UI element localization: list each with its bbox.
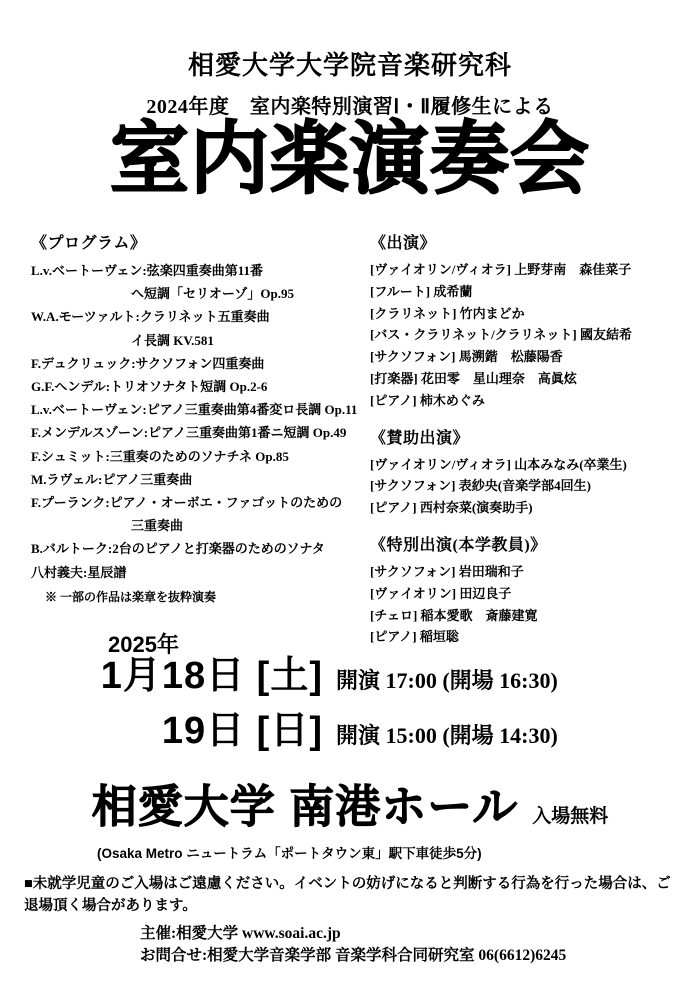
event-day-date: 19日 [日] (60, 710, 323, 754)
program-line-continuation: イ長調 KV.581 (31, 329, 369, 352)
cast-item: [クラリネット] 竹内まどか (370, 303, 696, 325)
support-cast-item: [ヴァイオリン/ヴィオラ] 山本みなみ(卒業生) (370, 454, 696, 476)
special-cast-item: [ヴァイオリン] 田辺良子 (370, 583, 696, 605)
program-item: G.F.ヘンデル:トリオソナタト短調 Op.2-6 (31, 375, 369, 398)
support-cast-list: [ヴァイオリン/ヴィオラ] 山本みなみ(卒業生) [サクソフォン] 表紗央(音楽… (370, 454, 696, 519)
program-line: L.v.ベートーヴェン:弦楽四重奏曲第11番 (31, 259, 369, 282)
program-item: B.バルトーク:2台のピアノと打楽器のためのソナタ (31, 537, 369, 560)
admission-free-label: 入場無料 (532, 806, 608, 827)
special-cast-item: [ピアノ] 稲垣聡 (370, 626, 696, 648)
program-line: F.メンデルスゾーン:ピアノ三重奏曲第1番ニ短調 Op.49 (31, 421, 369, 444)
program-line: G.F.ヘンデル:トリオソナタト短調 Op.2-6 (31, 375, 369, 398)
cast-item: [サクソフォン] 馬溯鍇 松藤陽香 (370, 346, 696, 368)
special-cast-item: [チェロ] 稲本愛歌 斎藤建寛 (370, 605, 696, 627)
event-day-row: 1月18日 [土] 開演 17:00 (開場 16:30) (60, 655, 558, 699)
cast-heading: 《出演》 (370, 231, 696, 257)
program-list: L.v.ベートーヴェン:弦楽四重奏曲第11番 へ短調「セリオーゾ」Op.95 W… (31, 259, 369, 584)
program-line: M.ラヴェル:ピアノ三重奏曲 (31, 468, 369, 491)
support-cast-heading: 《賛助出演》 (370, 426, 696, 452)
program-item: 八村義夫:星辰譜 (31, 561, 369, 584)
program-line: W.A.モーツァルト:クラリネット五重奏曲 (31, 305, 369, 328)
cast-item: [フルート] 成希蘭 (370, 281, 696, 303)
program-excerpt-note: ※ 一部の作品は楽章を抜粋演奏 (31, 587, 369, 607)
organizer-line: 主催:相愛大学 www.soai.ac.jp (140, 923, 566, 945)
concert-poster: 相愛大学大学院音楽研究科 2024年度 室内楽特別演習Ⅰ・Ⅱ履修生による 室内楽… (0, 0, 700, 990)
program-item: F.プーランク:ピアノ・オーボエ・ファゴットのための 三重奏曲 (31, 491, 369, 537)
cast-list: [ヴァイオリン/ヴィオラ] 上野芽南 森佳菜子 [フルート] 成希蘭 [クラリネ… (370, 259, 696, 412)
special-cast-list: [サクソフォン] 岩田瑞和子 [ヴァイオリン] 田辺良子 [チェロ] 稲本愛歌 … (370, 561, 696, 648)
event-subtitle: 2024年度 室内楽特別演習Ⅰ・Ⅱ履修生による (0, 90, 700, 119)
venue-row: 相愛大学 南港ホール入場無料 (0, 770, 700, 835)
program-item: F.メンデルスゾーン:ピアノ三重奏曲第1番ニ短調 Op.49 (31, 421, 369, 444)
cast-item: [ヴァイオリン/ヴィオラ] 上野芽南 森佳菜子 (370, 259, 696, 281)
organizer-contact-block: 主催:相愛大学 www.soai.ac.jp お問合せ:相愛大学音楽学部 音楽学… (140, 923, 566, 967)
event-title: 室内楽演奏会 (0, 120, 700, 203)
event-day-time: 開演 17:00 (開場 16:30) (336, 664, 558, 695)
program-line: L.v.ベートーヴェン:ピアノ三重奏曲第4番変ロ長調 Op.11 (31, 398, 369, 421)
caution-note: ■未就学児童のご入場はご遠慮ください。イベントの妨げになると判断する行為を行った… (24, 874, 680, 918)
cast-item: [ピアノ] 柿木めぐみ (370, 390, 696, 412)
cast-item: [バス・クラリネット/クラリネット] 國友結希 (370, 324, 696, 346)
program-line: F.デュクリュック:サクソフォン四重奏曲 (31, 352, 369, 375)
program-item: M.ラヴェル:ピアノ三重奏曲 (31, 468, 369, 491)
program-line: B.バルトーク:2台のピアノと打楽器のためのソナタ (31, 537, 369, 560)
program-line: 八村義夫:星辰譜 (31, 561, 369, 584)
event-day-time: 開演 15:00 (開場 14:30) (336, 719, 558, 750)
program-section: 《プログラム》 L.v.ベートーヴェン:弦楽四重奏曲第11番 へ短調「セリオーゾ… (31, 231, 369, 607)
program-heading: 《プログラム》 (31, 231, 369, 257)
venue-access-info: (Osaka Metro ニュートラム「ポートタウン東」駅下車徒歩5分) (97, 842, 482, 862)
special-cast-heading: 《特別出演(本学教員)》 (370, 533, 696, 559)
program-line-continuation: へ短調「セリオーゾ」Op.95 (31, 282, 369, 305)
program-item: F.シュミット:三重奏のためのソナチネ Op.85 (31, 445, 369, 468)
event-day-date: 1月18日 [土] (60, 655, 323, 699)
special-cast-item: [サクソフォン] 岩田瑞和子 (370, 561, 696, 583)
institution-name: 相愛大学大学院音楽研究科 (0, 45, 700, 82)
program-line: F.プーランク:ピアノ・オーボエ・ファゴットのための (31, 491, 369, 514)
event-day-row: 19日 [日] 開演 15:00 (開場 14:30) (60, 710, 558, 754)
program-item: F.デュクリュック:サクソフォン四重奏曲 (31, 352, 369, 375)
program-item: L.v.ベートーヴェン:弦楽四重奏曲第11番 へ短調「セリオーゾ」Op.95 (31, 259, 369, 305)
cast-item: [打楽器] 花田零 星山理奈 高眞炫 (370, 368, 696, 390)
venue-name: 相愛大学 南港ホール (92, 781, 519, 832)
program-line-continuation: 三重奏曲 (31, 514, 369, 537)
program-line: F.シュミット:三重奏のためのソナチネ Op.85 (31, 445, 369, 468)
program-item: L.v.ベートーヴェン:ピアノ三重奏曲第4番変ロ長調 Op.11 (31, 398, 369, 421)
support-cast-item: [ピアノ] 西村奈菜(演奏助手) (370, 497, 696, 519)
performers-section: 《出演》 [ヴァイオリン/ヴィオラ] 上野芽南 森佳菜子 [フルート] 成希蘭 … (370, 231, 696, 648)
support-cast-item: [サクソフォン] 表紗央(音楽学部4回生) (370, 475, 696, 497)
program-item: W.A.モーツァルト:クラリネット五重奏曲 イ長調 KV.581 (31, 305, 369, 351)
contact-line: お問合せ:相愛大学音楽学部 音楽学科合同研究室 06(6612)6245 (140, 945, 566, 967)
